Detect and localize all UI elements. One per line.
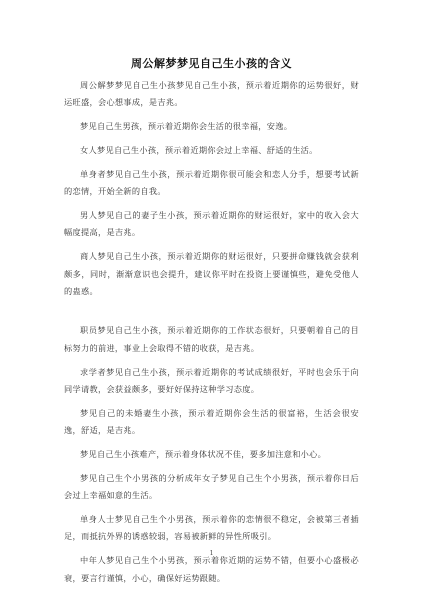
paragraph: 梦见自己的未婚妻生小孩，预示着近期你会生活的很富裕，生活会很安逸，舒适，是吉兆。 bbox=[64, 405, 359, 440]
paragraph: 梦见自己生小孩难产，预示着身体状况不佳，要多加注意和小心。 bbox=[64, 446, 359, 463]
paragraph: 职员梦见自己生小孩，预示着近期你的工作状态很好，只要朝着自己的目标努力的前进，事… bbox=[64, 322, 359, 357]
page-number: 1 bbox=[0, 550, 423, 557]
paragraph: 梦见自己生个小男孩的分析成年女子梦见自己生个小男孩，预示着你日后会过上幸福如意的… bbox=[64, 470, 359, 505]
document-title: 周公解梦梦见自己生小孩的含义 bbox=[0, 55, 423, 71]
document-page: 周公解梦梦见自己生小孩的含义 周公解梦梦见自己生小孩梦见自己生小孩，预示着近期你… bbox=[0, 0, 423, 600]
paragraph: 周公解梦梦见自己生小孩梦见自己生小孩，预示着近期你的运势很好，财运旺盛，会心想事… bbox=[64, 77, 359, 112]
paragraph: 商人梦见自己生小孩，预示着近期你的财运很好，只要拼命赚钱就会获利颇多，同时，渐渐… bbox=[64, 248, 359, 300]
paragraph: 单身人士梦见自己生个小男孩，预示着你的恋情很不稳定，会被第三者插足，而抵抗外界的… bbox=[64, 511, 359, 546]
paragraph: 单身者梦见自己生小孩，预示着近期你很可能会和恋人分手，想要考试新的恋情，开始全新… bbox=[64, 166, 359, 201]
paragraph: 求学者梦见自己生小孩，预示着近期你的考试成绩很好，平时也会乐于向同学请教，会获益… bbox=[64, 364, 359, 399]
document-body: 周公解梦梦见自己生小孩梦见自己生小孩，预示着近期你的运势很好，财运旺盛，会心想事… bbox=[64, 77, 359, 593]
paragraph: 梦见自己生男孩，预示着近期你会生活的很幸福，安逸。 bbox=[64, 118, 359, 135]
paragraph: 女人梦见自己生小孩，预示着近期你会过上幸福、舒适的生活。 bbox=[64, 142, 359, 159]
paragraph: 男人梦见自己的妻子生小孩，预示着近期你的财运很好，家中的收入会大幅度提高，是吉兆… bbox=[64, 207, 359, 242]
paragraph: 中年人梦见自己生个小男孩，预示着你近期的运势不错，但要小心盛极必衰，要言行谨慎，… bbox=[64, 552, 359, 587]
